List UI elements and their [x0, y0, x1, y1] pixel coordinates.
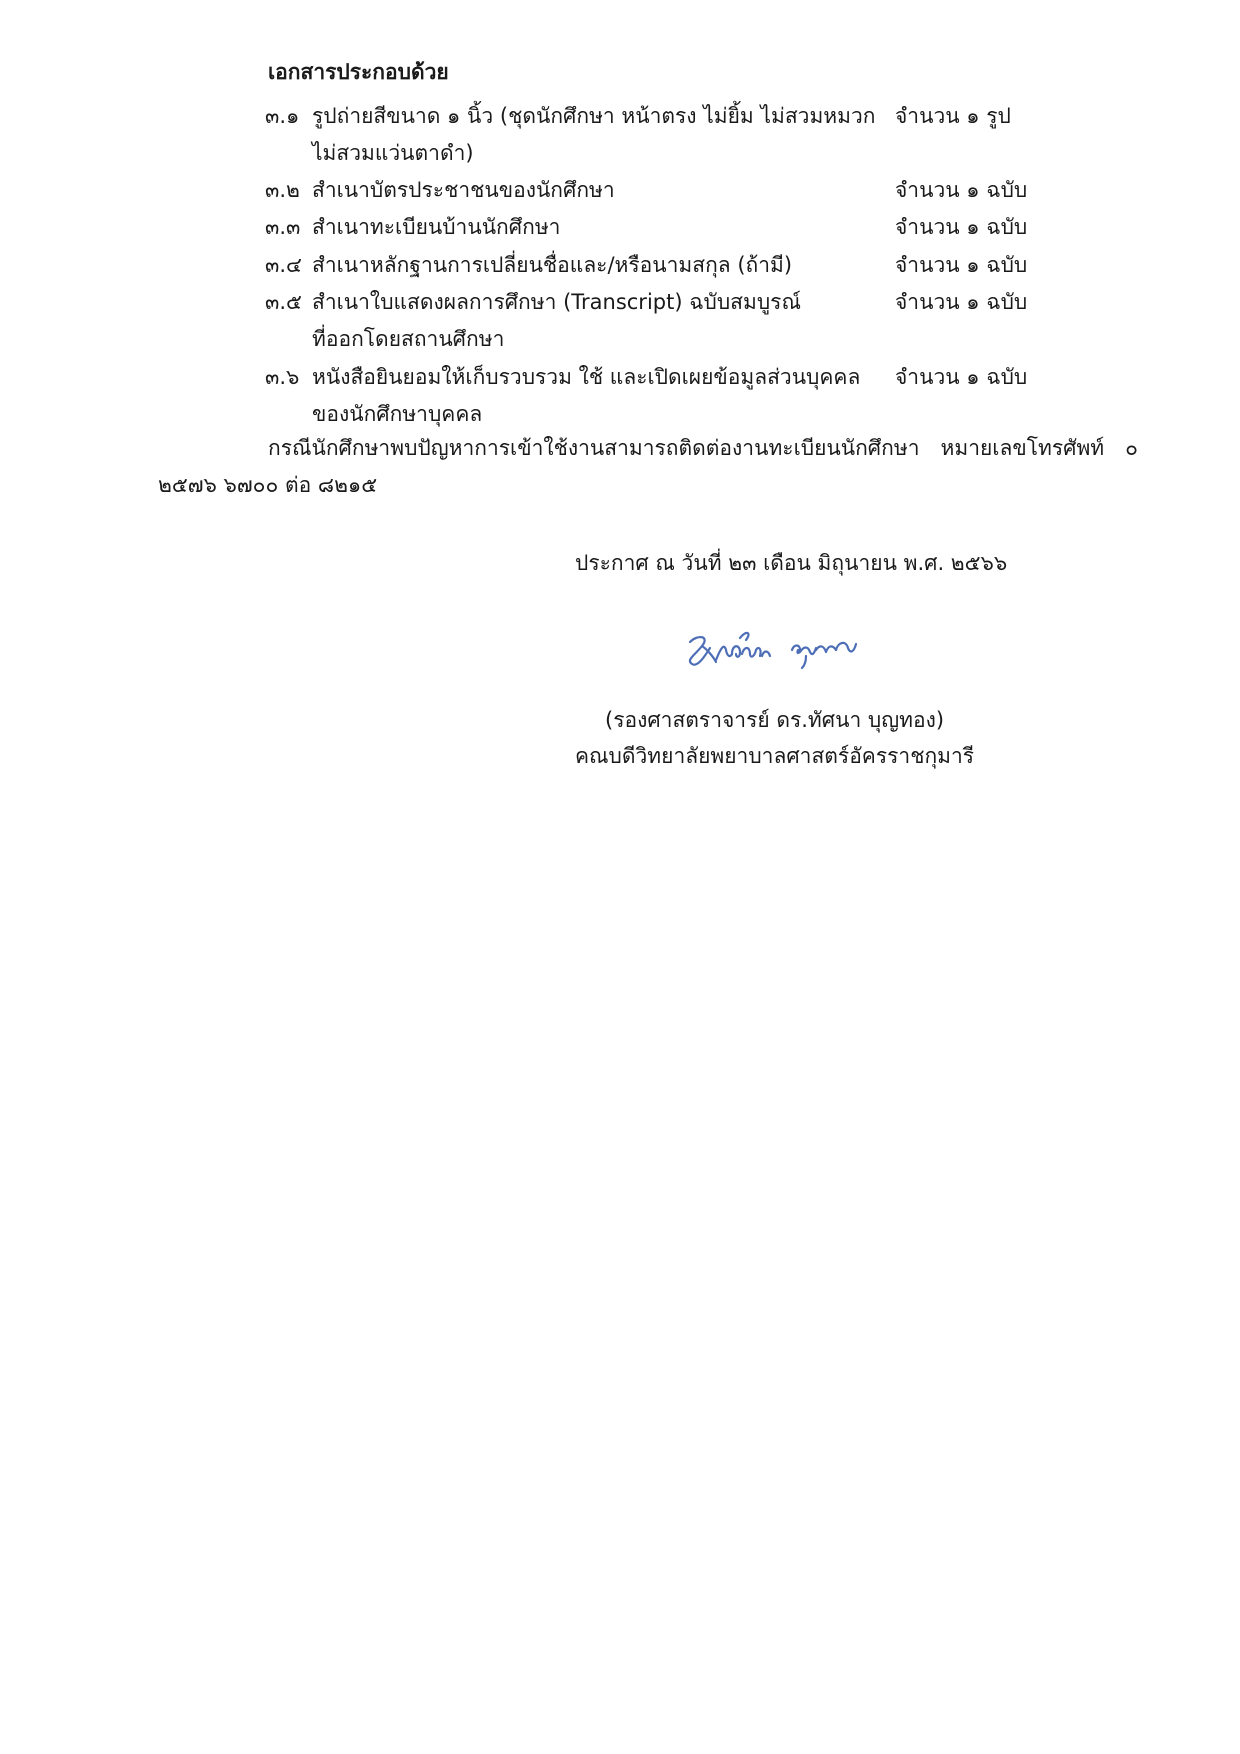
item-text-line: สำเนาหลักฐานการเปลี่ยนชื่อและ/หรือนามสกุ…	[312, 249, 792, 282]
item-quantity: จำนวน ๑ ฉบับ	[895, 249, 1027, 282]
document-page: เอกสารประกอบด้วย ๓.๑ รูปถ่ายสีขนาด ๑ นิ้…	[0, 0, 1240, 1754]
item-text-line: ไม่สวมแว่นตาดำ)	[312, 137, 474, 170]
item-quantity: จำนวน ๑ ฉบับ	[895, 361, 1027, 394]
signer-title: คณบดีวิทยาลัยพยาบาลศาสตร์อัครราชกุมารี	[575, 746, 974, 767]
item-text-line: รูปถ่ายสีขนาด ๑ นิ้ว (ชุดนักศึกษา หน้าตร…	[312, 100, 876, 133]
section-heading: เอกสารประกอบด้วย	[268, 62, 449, 83]
contact-paragraph-line: กรณีนักศึกษาพบปัญหาการเข้าใช้งานสามารถติ…	[268, 438, 1138, 459]
item-quantity: จำนวน ๑ ฉบับ	[895, 211, 1027, 244]
signer-name: (รองศาสตราจารย์ ดร.ทัศนา บุญทอง)	[605, 710, 944, 731]
item-number: ๓.๓	[265, 211, 300, 244]
item-quantity: จำนวน ๑ รูป	[895, 100, 1011, 133]
item-text-line: ที่ออกโดยสถานศึกษา	[312, 323, 504, 356]
item-text-line: ของนักศึกษาบุคคล	[312, 398, 482, 431]
item-text-line: สำเนาใบแสดงผลการศึกษา (Transcript) ฉบับส…	[312, 286, 801, 319]
item-number: ๓.๕	[265, 286, 302, 319]
item-text-line: สำเนาทะเบียนบ้านนักศึกษา	[312, 211, 560, 244]
item-number: ๓.๔	[265, 249, 302, 282]
item-number: ๓.๖	[265, 361, 299, 394]
item-number: ๓.๒	[265, 174, 300, 207]
item-quantity: จำนวน ๑ ฉบับ	[895, 286, 1027, 319]
contact-paragraph-line: ๒๕๗๖ ๖๗๐๐ ต่อ ๘๒๑๕	[158, 475, 377, 496]
signature-icon	[680, 620, 870, 675]
item-quantity: จำนวน ๑ ฉบับ	[895, 174, 1027, 207]
item-text-line: สำเนาบัตรประชาชนของนักศึกษา	[312, 174, 615, 207]
announcement-date: ประกาศ ณ วันที่ ๒๓ เดือน มิถุนายน พ.ศ. ๒…	[575, 553, 1007, 574]
item-text-line: หนังสือยินยอมให้เก็บรวบรวม ใช้ และเปิดเผ…	[312, 361, 860, 394]
item-number: ๓.๑	[265, 100, 299, 133]
